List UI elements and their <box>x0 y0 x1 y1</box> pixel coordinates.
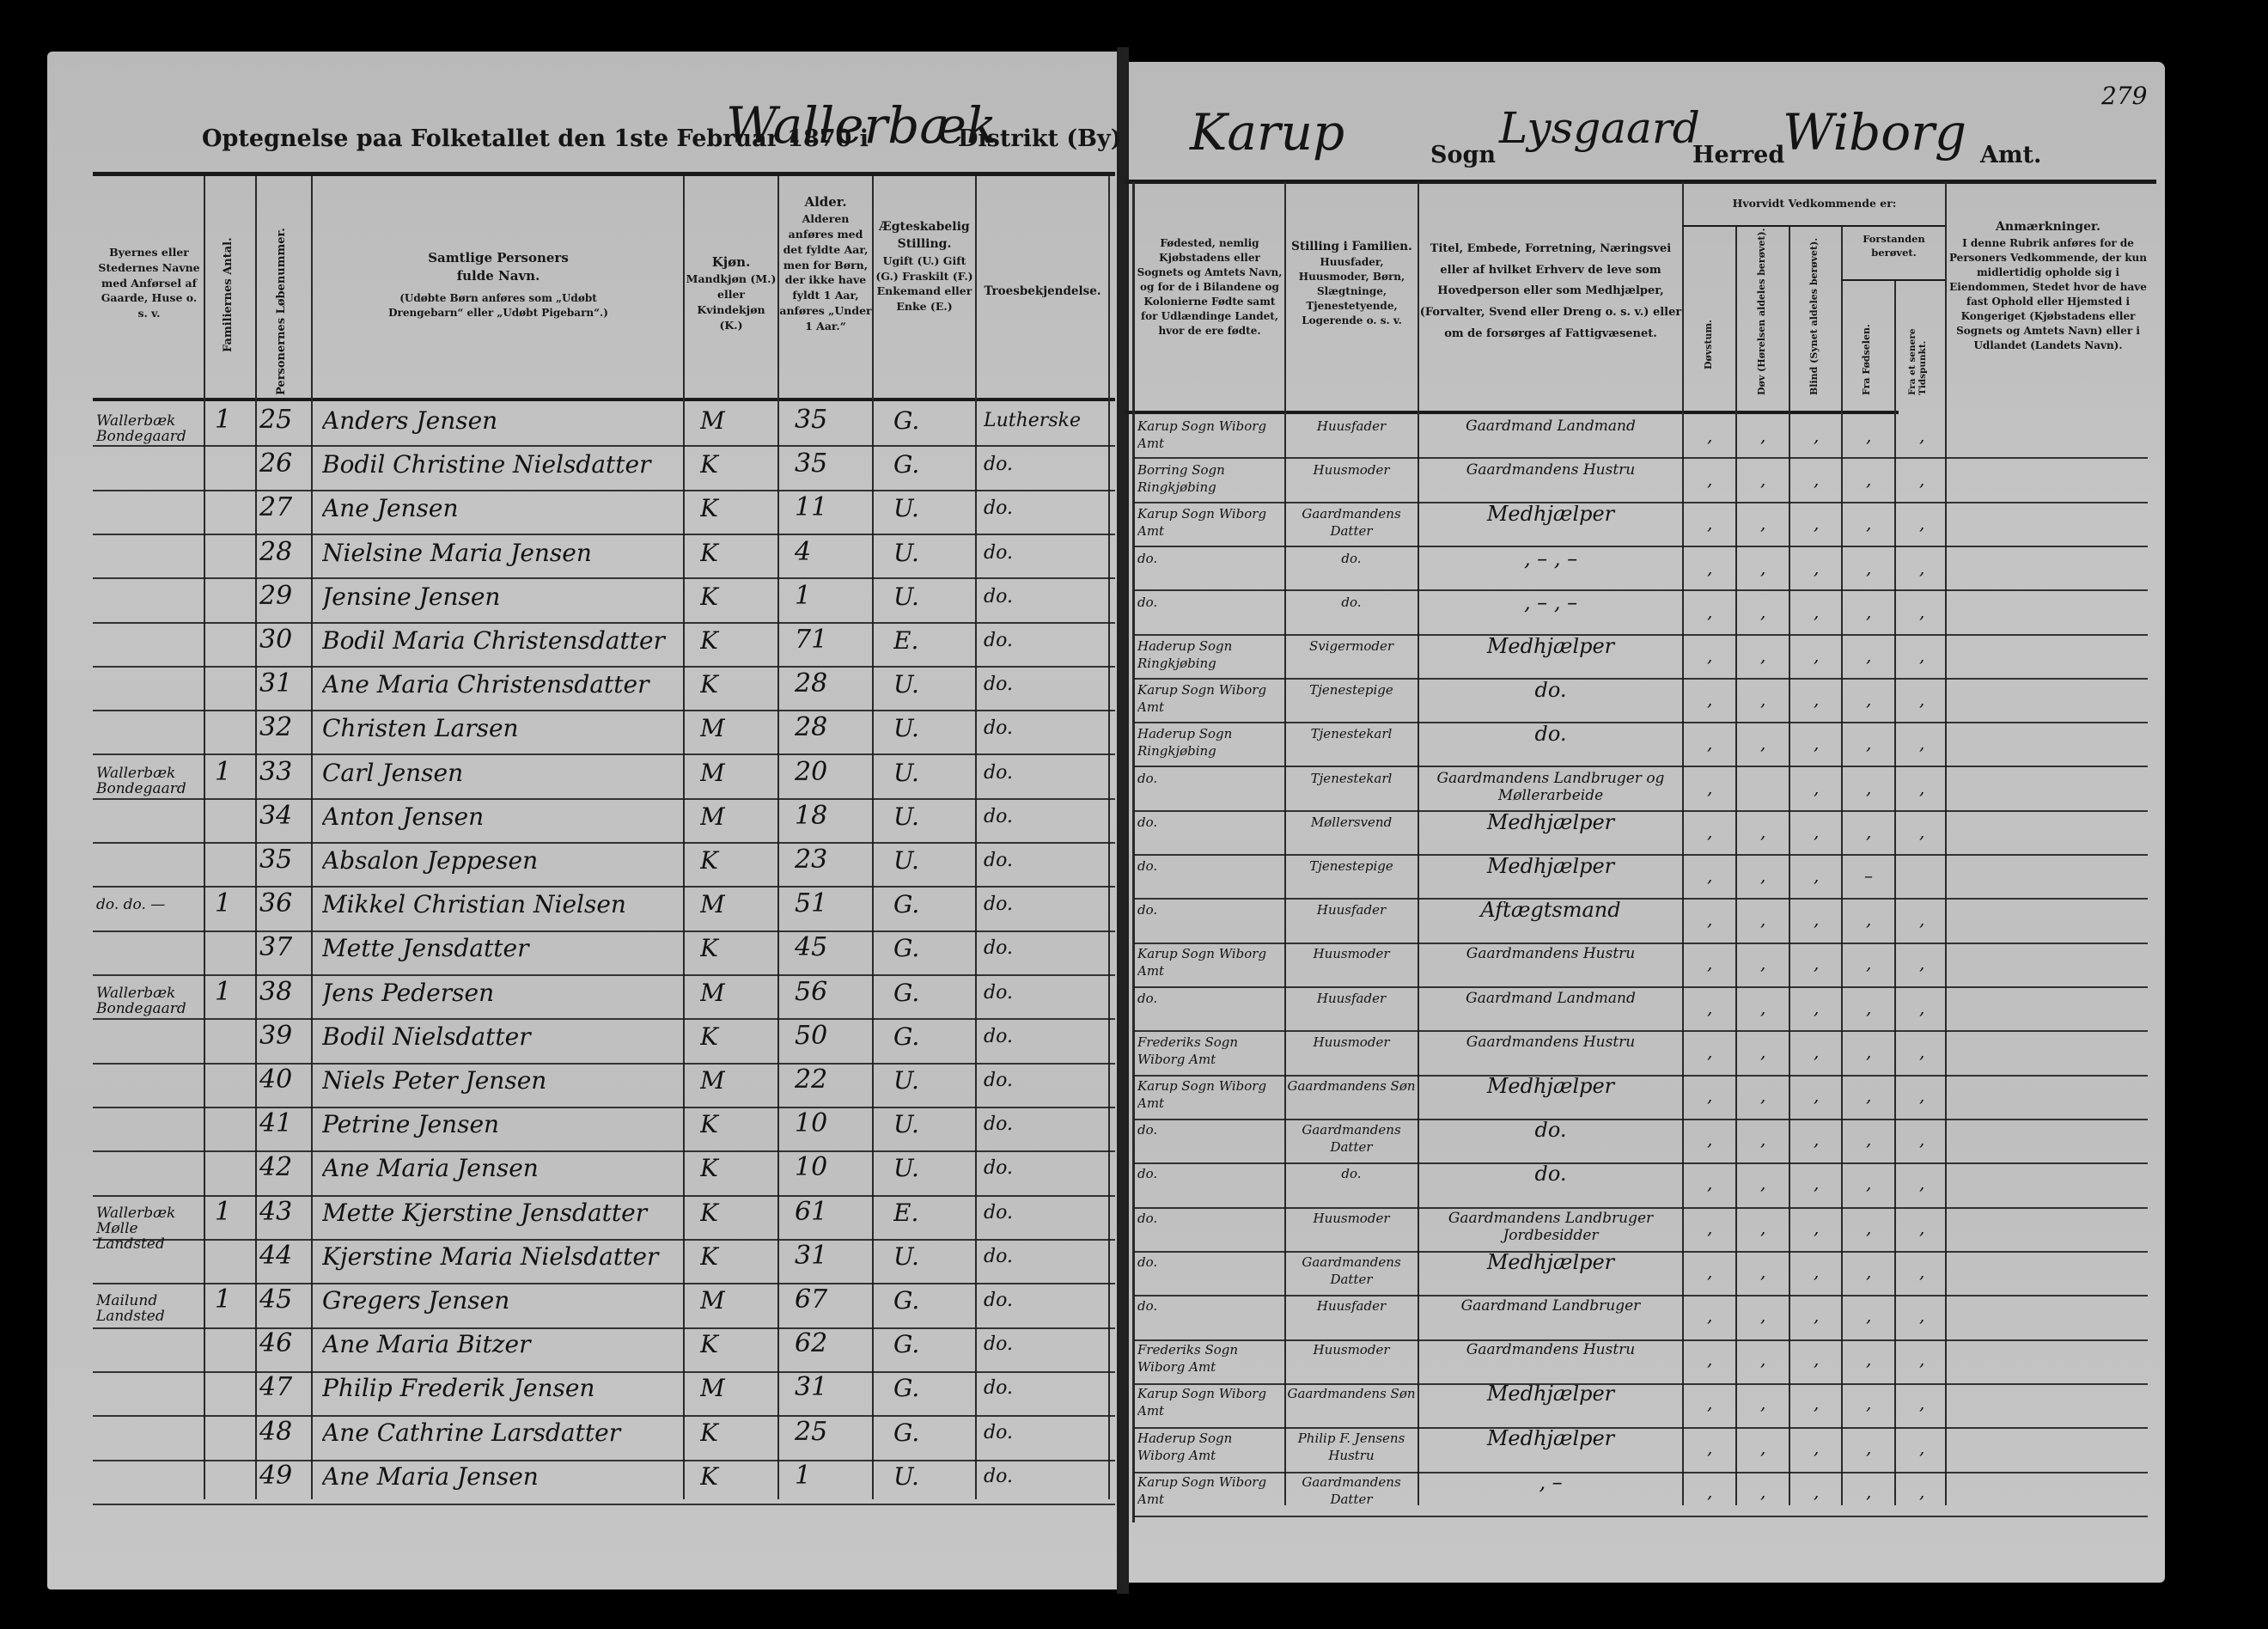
row-rule-right <box>1134 943 2148 944</box>
header-insane-birth: Fra Fødselen. <box>1861 314 1872 395</box>
family-count-cell: 1 <box>215 1284 249 1315</box>
sex-cell: M <box>700 1374 769 1402</box>
header-sex-title: Kjøn. <box>685 253 777 271</box>
disability-mark: ‚ <box>1790 733 1842 753</box>
family-position-cell: Philip F. Jensens Hustru <box>1287 1430 1416 1469</box>
header-insane-group: Forstanden berøvet. <box>1843 232 1945 260</box>
family-position-cell: Gaardmandens Søn <box>1287 1077 1416 1117</box>
disability-mark: ‚ <box>1896 909 1948 930</box>
birthplace-cell: Haderup Sogn Wiborg Amt <box>1137 1430 1282 1469</box>
disability-mark: ‚ <box>1843 1305 1894 1326</box>
age-cell: 1 <box>795 581 863 611</box>
disability-mark: ‚ <box>1896 513 1948 534</box>
row-rule-right <box>1134 1251 2148 1253</box>
header-remarks-note: I denne Rubrik anføres for de Personers … <box>1948 236 2148 353</box>
religion-cell: do. <box>984 1246 1104 1267</box>
birthplace-cell: Karup Sogn Wiborg Amt <box>1137 418 1282 457</box>
header-families: Familiernes Antal. <box>222 215 235 352</box>
disability-mark: ‚ <box>1737 1349 1789 1370</box>
row-rule-right <box>1134 1427 2148 1429</box>
birthplace-cell: Frederiks Sogn Wiborg Amt <box>1137 1034 1282 1073</box>
occupation-cell: ‚ – <box>1421 1473 1680 1513</box>
row-rule-right <box>1134 722 2148 723</box>
place-cell: do. do. — <box>96 897 203 912</box>
parish-label: Sogn <box>1430 142 1496 168</box>
family-position-cell: Gaardmandens Datter <box>1287 505 1416 545</box>
family-position-cell: Huusmoder <box>1287 945 1416 985</box>
birthplace-cell: Karup Sogn Wiborg Amt <box>1137 505 1282 545</box>
family-count-cell: 1 <box>215 977 249 1007</box>
civil-status-cell: G. <box>893 1374 962 1402</box>
disability-mark: ‚ <box>1737 821 1789 842</box>
family-position-cell: Gaardmandens Søn <box>1287 1385 1416 1425</box>
row-rule-left <box>93 1415 1115 1417</box>
district-handwritten: Wallerbæk <box>726 96 997 155</box>
parish-handwritten: Karup <box>1190 103 1344 162</box>
civil-status-cell: G. <box>893 934 962 962</box>
civil-status-cell: U. <box>893 846 962 875</box>
occupation-cell: Gaardmandens Hustru <box>1421 1034 1680 1073</box>
row-rule-right <box>1134 1207 2148 1209</box>
disability-mark: ‚ <box>1684 865 1735 886</box>
disability-mark: ‚ <box>1790 998 1842 1018</box>
disability-mark: ‚ <box>1737 425 1789 446</box>
birthplace-cell: Karup Sogn Wiborg Amt <box>1137 681 1282 721</box>
disability-mark: ‚ <box>1737 1481 1789 1502</box>
header-position-title: Stilling i Familien. <box>1286 239 1417 255</box>
religion-cell: do. <box>984 806 1104 827</box>
col-rule <box>1132 182 1135 1522</box>
disability-mark: ‚ <box>1843 1085 1894 1106</box>
occupation-cell: Medhjælper <box>1421 1430 1680 1469</box>
sex-cell: K <box>700 450 769 479</box>
religion-cell: do. <box>984 937 1104 959</box>
disability-mark: ‚ <box>1684 645 1735 666</box>
disability-mark: ‚ <box>1843 513 1894 534</box>
civil-status-cell: U. <box>893 1066 962 1095</box>
insane-subrule <box>1841 279 1945 281</box>
row-rule-right <box>1134 678 2148 680</box>
sex-cell: M <box>700 979 769 1007</box>
occupation-cell: Medhjælper <box>1421 1254 1680 1293</box>
row-rule-left <box>93 666 1115 668</box>
civil-status-cell: U. <box>893 1110 962 1138</box>
row-rule-right <box>1134 1162 2148 1164</box>
disability-mark: ‚ <box>1896 1217 1948 1238</box>
age-cell: 67 <box>795 1284 863 1315</box>
col-rule <box>1108 176 1110 1499</box>
age-cell: 61 <box>795 1197 863 1227</box>
person-name-cell: Ane Maria Christensdatter <box>322 670 681 699</box>
religion-cell: Lutherske <box>984 410 1104 431</box>
family-count-cell: 1 <box>215 757 249 787</box>
sex-cell: K <box>700 670 769 699</box>
col-rule <box>311 176 313 1499</box>
sex-cell: K <box>700 1242 769 1271</box>
person-number-cell: 48 <box>259 1417 309 1447</box>
row-rule-left <box>93 1327 1115 1329</box>
disability-mark: ‚ <box>1790 1393 1842 1413</box>
person-name-cell: Bodil Nielsdatter <box>322 1022 681 1051</box>
place-cell: Wallerbæk Bondegaard <box>96 766 203 796</box>
disability-mark: ‚ <box>1684 469 1735 490</box>
person-number-cell: 33 <box>259 757 309 787</box>
sex-cell: K <box>700 1022 769 1051</box>
age-cell: 50 <box>795 1021 863 1051</box>
age-cell: 20 <box>795 757 863 787</box>
religion-cell: do. <box>984 630 1104 651</box>
age-cell: 35 <box>795 405 863 435</box>
age-cell: 71 <box>795 625 863 655</box>
person-number-cell: 28 <box>259 537 309 567</box>
disability-mark: ‚ <box>1843 425 1894 446</box>
disability-mark: ‚ <box>1737 1129 1789 1150</box>
disability-mark: ‚ <box>1684 513 1735 534</box>
row-rule-left <box>93 1460 1115 1461</box>
row-rule-right <box>1134 457 2148 459</box>
amt-handwritten: Wiborg <box>1783 103 1966 162</box>
col-rule <box>683 176 685 1499</box>
col-rule <box>255 176 257 1499</box>
disability-mark: ‚ <box>1684 425 1735 446</box>
civil-status-cell: U. <box>893 759 962 787</box>
religion-cell: do. <box>984 762 1104 784</box>
civil-status-cell: U. <box>893 714 962 742</box>
person-name-cell: Kjerstine Maria Nielsdatter <box>322 1242 681 1271</box>
header-sex-note: Mandkjøn (M.) eller Kvindekjøn (K.) <box>685 271 777 333</box>
header-top-rule-left <box>93 172 1115 176</box>
disability-mark: ‚ <box>1737 998 1789 1018</box>
col-rule <box>204 176 205 1499</box>
disability-mark: ‚ <box>1790 1129 1842 1150</box>
disability-mark: ‚ <box>1790 1261 1842 1282</box>
family-position-cell: Tjenestekarl <box>1287 725 1416 765</box>
religion-cell: do. <box>984 542 1104 564</box>
sex-cell: K <box>700 1199 769 1227</box>
disability-mark: ‚ <box>1684 1393 1735 1413</box>
birthplace-cell: do. <box>1137 857 1282 897</box>
header-deaf-mute: Døvstum. <box>1703 309 1714 369</box>
person-name-cell: Nielsine Maria Jensen <box>322 539 681 567</box>
civil-status-cell: U. <box>893 670 962 699</box>
age-cell: 22 <box>795 1065 863 1095</box>
occupation-cell: Gaardmandens Hustru <box>1421 945 1680 985</box>
person-number-cell: 44 <box>259 1241 309 1271</box>
civil-status-cell: G. <box>893 890 962 918</box>
birthplace-cell: Karup Sogn Wiborg Amt <box>1137 1473 1282 1513</box>
disability-mark: ‚ <box>1843 1173 1894 1193</box>
header-birthplace: Fødested, nemlig Kjøbstadens eller Sogne… <box>1136 236 1283 339</box>
religion-cell: do. <box>984 1070 1104 1091</box>
religion-cell: do. <box>984 674 1104 695</box>
disability-mark: ‚ <box>1790 1085 1842 1106</box>
person-number-cell: 42 <box>259 1152 309 1182</box>
row-rule-right <box>1134 898 2148 900</box>
occupation-cell: ‚ – ‚ – <box>1421 594 1680 633</box>
header-position: Stilling i Familien. Huusfader, Huusmode… <box>1286 239 1417 328</box>
religion-cell: do. <box>984 1202 1104 1223</box>
person-name-cell: Jensine Jensen <box>322 583 681 611</box>
birthplace-cell: do. <box>1137 1254 1282 1293</box>
disability-mark: ‚ <box>1737 601 1789 622</box>
row-rule-right <box>1134 766 2148 767</box>
religion-cell: do. <box>984 1422 1104 1443</box>
family-position-cell: Tjenestepige <box>1287 681 1416 721</box>
header-insane-later: Fra et senere Tidspunkt. <box>1907 288 1933 395</box>
header-name-note: (Udøbte Børn anføres som „Udøbt Drengeba… <box>361 291 636 320</box>
row-rule-right <box>1134 1030 2148 1032</box>
disability-mark: ‚ <box>1896 821 1948 842</box>
occupation-cell: Gaardmandens Landbruger og Møllerarbeide <box>1421 770 1680 809</box>
disability-mark: ‚ <box>1684 1217 1735 1238</box>
header-disability-group: Hvorvidt Vedkommende er: <box>1684 196 1945 211</box>
age-cell: 1 <box>795 1461 863 1491</box>
occupation-cell: do. <box>1421 1121 1680 1161</box>
person-name-cell: Ane Maria Jensen <box>322 1462 681 1491</box>
civil-status-cell: U. <box>893 583 962 611</box>
civil-status-cell: G. <box>893 1022 962 1051</box>
occupation-cell: do. <box>1421 1165 1680 1205</box>
person-name-cell: Carl Jensen <box>322 759 681 787</box>
header-person-no: Personernes Løbenummer. <box>275 210 288 395</box>
disability-mark: ‚ <box>1843 1393 1894 1413</box>
row-rule-left <box>93 1371 1115 1373</box>
place-cell: Mailund Landsted <box>96 1293 203 1324</box>
civil-status-cell: U. <box>893 1242 962 1271</box>
sex-cell: M <box>700 406 769 435</box>
family-position-cell: Huusmoder <box>1287 1210 1416 1249</box>
civil-status-cell: G. <box>893 1330 962 1358</box>
row-rule-left <box>93 1504 1115 1505</box>
age-cell: 45 <box>795 932 863 962</box>
sex-cell: M <box>700 1066 769 1095</box>
civil-status-cell: G. <box>893 979 962 1007</box>
disability-mark: ‚ <box>1684 1481 1735 1502</box>
header-civil-note: Ugift (U.) Gift (G.) Fraskilt (F.) Enkem… <box>874 253 975 314</box>
page-number: 279 <box>2101 82 2147 110</box>
disability-mark: ‚ <box>1790 1305 1842 1326</box>
disability-mark: ‚ <box>1896 1041 1948 1062</box>
row-rule-right <box>1134 1075 2148 1077</box>
disability-mark: ‚ <box>1737 689 1789 710</box>
civil-status-cell: U. <box>893 539 962 567</box>
person-name-cell: Absalon Jeppesen <box>322 846 681 875</box>
religion-cell: do. <box>984 497 1104 519</box>
row-rule-left <box>93 1063 1115 1065</box>
family-count-cell: 1 <box>215 888 249 918</box>
sex-cell: M <box>700 890 769 918</box>
person-name-cell: Gregers Jensen <box>322 1286 681 1315</box>
disability-mark: ‚ <box>1684 998 1735 1018</box>
birthplace-cell: do. <box>1137 1165 1282 1205</box>
sex-cell: K <box>700 1154 769 1182</box>
disability-mark: ‚ <box>1843 469 1894 490</box>
person-name-cell: Mette Jensdatter <box>322 934 681 962</box>
disability-mark: – <box>1843 865 1894 886</box>
row-rule-left <box>93 445 1115 447</box>
religion-cell: do. <box>984 1026 1104 1047</box>
disability-mark: ‚ <box>1896 1261 1948 1282</box>
disability-mark: ‚ <box>1737 1393 1789 1413</box>
age-cell: 23 <box>795 845 863 875</box>
disability-mark: ‚ <box>1737 1085 1789 1106</box>
civil-status-cell: G. <box>893 406 962 435</box>
disability-mark: ‚ <box>1896 998 1948 1018</box>
disability-mark: ‚ <box>1896 733 1948 753</box>
person-name-cell: Mette Kjerstine Jensdatter <box>322 1199 681 1227</box>
row-rule-left <box>93 842 1115 844</box>
family-count-cell: 1 <box>215 405 249 435</box>
occupation-cell: ‚ – ‚ – <box>1421 550 1680 589</box>
occupation-cell: do. <box>1421 681 1680 721</box>
person-number-cell: 25 <box>259 405 309 435</box>
disability-mark: ‚ <box>1790 1217 1842 1238</box>
header-remarks: Anmærkninger. I denne Rubrik anføres for… <box>1948 219 2148 353</box>
row-rule-left <box>93 753 1115 755</box>
religion-cell: do. <box>984 1377 1104 1399</box>
person-number-cell: 30 <box>259 625 309 655</box>
disability-mark: ‚ <box>1896 778 1948 798</box>
disability-mark: ‚ <box>1737 1437 1789 1458</box>
person-number-cell: 29 <box>259 581 309 611</box>
religion-cell: do. <box>984 1466 1104 1487</box>
birthplace-cell: Haderup Sogn Ringkjøbing <box>1137 638 1282 677</box>
family-position-cell: Gaardmandens Datter <box>1287 1121 1416 1161</box>
civil-status-cell: G. <box>893 450 962 479</box>
disability-mark: ‚ <box>1737 1173 1789 1193</box>
disability-mark: ‚ <box>1737 1041 1789 1062</box>
occupation-cell: Aftægtsmand <box>1421 901 1680 941</box>
person-name-cell: Niels Peter Jensen <box>322 1066 681 1095</box>
row-rule-right <box>1134 1516 2148 1517</box>
row-rule-right <box>1134 854 2148 856</box>
header-blind: Blind (Synet aldeles berøvet). <box>1808 232 1820 395</box>
family-position-cell: Huusmoder <box>1287 461 1416 501</box>
birthplace-cell: do. <box>1137 901 1282 941</box>
row-rule-left <box>93 974 1115 976</box>
disability-mark: ‚ <box>1684 1349 1735 1370</box>
disability-mark: ‚ <box>1737 1217 1789 1238</box>
person-name-cell: Bodil Christine Nielsdatter <box>322 450 681 479</box>
disability-mark: ‚ <box>1790 909 1842 930</box>
row-rule-right <box>1134 546 2148 547</box>
sex-cell: K <box>700 934 769 962</box>
disability-mark: ‚ <box>1684 1085 1735 1106</box>
person-number-cell: 37 <box>259 932 309 962</box>
disability-mark: ‚ <box>1737 469 1789 490</box>
religion-cell: do. <box>984 982 1104 1004</box>
birthplace-cell: do. <box>1137 594 1282 633</box>
person-number-cell: 43 <box>259 1197 309 1227</box>
disability-mark: ‚ <box>1843 1217 1894 1238</box>
row-rule-left <box>93 710 1115 711</box>
age-cell: 31 <box>795 1372 863 1402</box>
person-name-cell: Ane Cathrine Larsdatter <box>322 1419 681 1447</box>
disability-mark: ‚ <box>1896 601 1948 622</box>
sex-cell: K <box>700 1419 769 1447</box>
row-rule-left <box>93 1018 1115 1020</box>
occupation-cell: Gaardmand Landmand <box>1421 418 1680 457</box>
col-rule <box>777 176 779 1499</box>
col-rule <box>975 176 977 1499</box>
header-civil: Ægteskabelig Stilling. Ugift (U.) Gift (… <box>874 219 975 314</box>
birthplace-cell: Borring Sogn Ringkjøbing <box>1137 461 1282 501</box>
disability-mark: ‚ <box>1843 689 1894 710</box>
religion-cell: do. <box>984 1333 1104 1355</box>
civil-status-cell: U. <box>893 802 962 831</box>
row-rule-right <box>1134 810 2148 812</box>
header-bottom-rule-right <box>1125 411 1899 414</box>
disability-mark: ‚ <box>1843 953 1894 973</box>
disability-mark: ‚ <box>1896 1481 1948 1502</box>
family-position-cell: Huusfader <box>1287 901 1416 941</box>
person-number-cell: 46 <box>259 1328 309 1358</box>
header-age: Alder. Alderen anføres med det fyldte Aa… <box>779 193 872 333</box>
occupation-cell: Medhjælper <box>1421 1385 1680 1425</box>
sex-cell: M <box>700 759 769 787</box>
birthplace-cell: do. <box>1137 550 1282 589</box>
person-number-cell: 38 <box>259 977 309 1007</box>
civil-status-cell: G. <box>893 1419 962 1447</box>
person-name-cell: Jens Pedersen <box>322 979 681 1007</box>
person-name-cell: Bodil Maria Christensdatter <box>322 626 681 655</box>
disability-mark: ‚ <box>1684 821 1735 842</box>
sex-cell: M <box>700 1286 769 1315</box>
age-cell: 56 <box>795 977 863 1007</box>
row-rule-left <box>93 534 1115 535</box>
occupation-cell: Gaardmand Landmand <box>1421 990 1680 1029</box>
header-religion: Troesbekjendelse. <box>977 284 1108 300</box>
disability-mark: ‚ <box>1843 1261 1894 1282</box>
birthplace-cell: Karup Sogn Wiborg Amt <box>1137 1077 1282 1117</box>
disability-mark: ‚ <box>1843 733 1894 753</box>
disability-mark: ‚ <box>1790 778 1842 798</box>
person-number-cell: 49 <box>259 1461 309 1491</box>
age-cell: 10 <box>795 1152 863 1182</box>
occupation-cell: Gaardmandens Landbruger Jordbesidder <box>1421 1210 1680 1249</box>
header-name: Samtlige Personers fulde Navn. (Udøbte B… <box>326 249 670 320</box>
occupation-cell: Medhjælper <box>1421 857 1680 897</box>
family-position-cell: Møllersvend <box>1287 814 1416 853</box>
disability-mark: ‚ <box>1843 1349 1894 1370</box>
family-position-cell: Tjenestepige <box>1287 857 1416 897</box>
disability-mark: ‚ <box>1790 1041 1842 1062</box>
disability-mark: ‚ <box>1790 558 1842 578</box>
occupation-cell: Medhjælper <box>1421 505 1680 545</box>
disability-mark: ‚ <box>1790 601 1842 622</box>
birthplace-cell: do. <box>1137 814 1282 853</box>
religion-cell: do. <box>984 1113 1104 1135</box>
person-name-cell: Petrine Jensen <box>322 1110 681 1138</box>
birthplace-cell: do. <box>1137 1121 1282 1161</box>
person-number-cell: 47 <box>259 1372 309 1402</box>
disability-mark: ‚ <box>1843 998 1894 1018</box>
header-position-note: Huusfader, Huusmoder, Børn, Slægtninge, … <box>1286 255 1417 328</box>
disability-mark: ‚ <box>1737 645 1789 666</box>
row-rule-left <box>93 577 1115 579</box>
disability-mark: ‚ <box>1843 558 1894 578</box>
disability-mark: ‚ <box>1790 1349 1842 1370</box>
person-number-cell: 40 <box>259 1065 309 1095</box>
person-name-cell: Anton Jensen <box>322 802 681 831</box>
age-cell: 62 <box>795 1328 863 1358</box>
age-cell: 4 <box>795 537 863 567</box>
col-rule <box>872 176 874 1499</box>
disability-mark: ‚ <box>1843 778 1894 798</box>
disability-mark: ‚ <box>1843 1437 1894 1458</box>
birthplace-cell: do. <box>1137 1210 1282 1249</box>
place-cell: Wallerbæk Bondegaard <box>96 413 203 444</box>
